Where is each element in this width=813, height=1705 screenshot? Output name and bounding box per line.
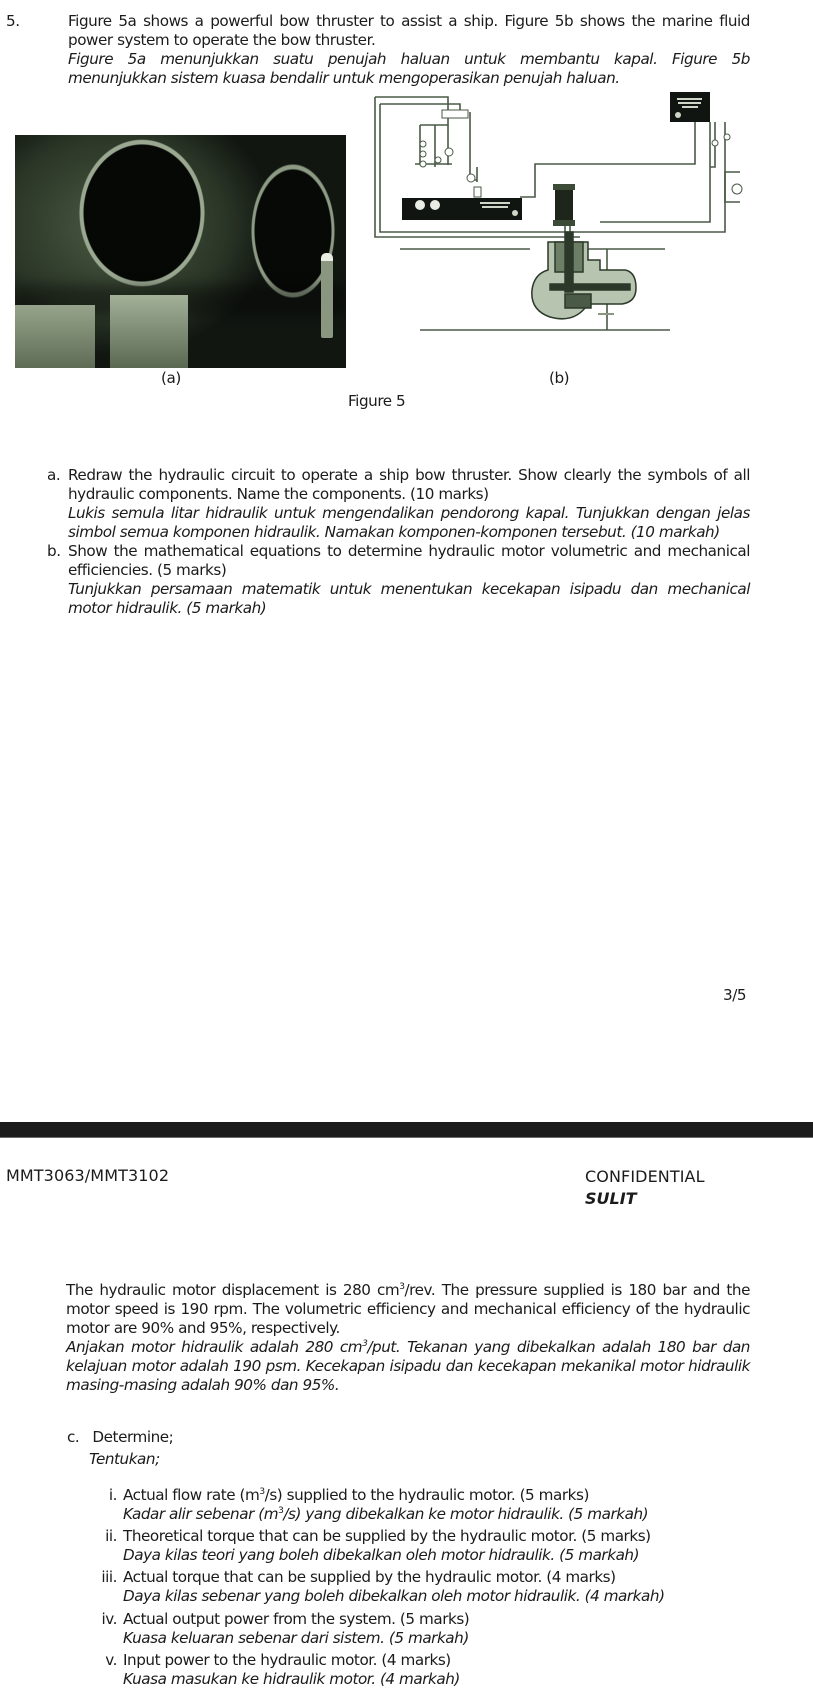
sulit-label: SULIT [585,1189,637,1208]
part-c-en: Determine; [92,1428,173,1446]
part-label: c. [67,1428,79,1446]
given-en: The hydraulic motor displacement is 280 … [66,1281,750,1338]
course-code: MMT3063/MMT3102 [6,1166,169,1185]
photo-worker [321,253,333,338]
sub-item-ii: ii. Theoretical torque that can be suppl… [88,1527,728,1565]
given-data: The hydraulic motor displacement is 280 … [66,1281,750,1395]
part-a-en: Redraw the hydraulic circuit to operate … [68,466,750,504]
part-b: b. Show the mathematical equations to de… [47,542,750,618]
confidential-label: CONFIDENTIAL [585,1167,705,1186]
sub-item-i: i. Actual flow rate (m3/s) supplied to t… [88,1486,728,1524]
parts-ab-list: a. Redraw the hydraulic circuit to opera… [47,466,750,618]
sub-item-ms: Kuasa keluaran sebenar dari sistem. (5 m… [123,1629,469,1648]
sub-item-ms: Daya kilas teori yang boleh dibekalkan o… [123,1546,651,1565]
sub-item-en: Input power to the hydraulic motor. (4 m… [123,1651,460,1670]
figure-label-b: (b) [549,369,569,388]
part-label: b. [47,542,68,618]
page-separator [0,1122,813,1138]
sub-item-en: Actual torque that can be supplied by th… [123,1568,665,1587]
part-label: a. [47,466,68,542]
sub-item-en: Actual flow rate (m3/s) supplied to the … [123,1486,648,1505]
page-number: 3/5 [723,986,746,1005]
sub-item-iii: iii. Actual torque that can be supplied … [88,1568,728,1606]
photo-support-block [15,305,95,368]
figure-5a-bow-thruster-photo [15,135,346,368]
thruster-housing [532,232,636,319]
question-intro-ms: Figure 5a menunjukkan suatu penujah halu… [68,50,750,88]
part-c-sublist: i. Actual flow rate (m3/s) supplied to t… [88,1486,728,1692]
control-panel-right [670,92,710,122]
part-b-en: Show the mathematical equations to deter… [68,542,750,580]
figure-caption: Figure 5 [348,392,405,411]
control-panel-left [402,198,522,220]
sub-item-ms: Daya kilas sebenar yang boleh dibekalkan… [123,1587,665,1606]
sub-item-v: v. Input power to the hydraulic motor. (… [88,1651,728,1689]
part-c-ms: Tentukan; [89,1450,160,1469]
part-a: a. Redraw the hydraulic circuit to opera… [47,466,750,542]
given-ms: Anjakan motor hidraulik adalah 280 cm3/p… [66,1338,750,1395]
figure-5b-hydraulic-diagram [360,92,785,367]
part-a-ms: Lukis semula litar hidraulik untuk menge… [68,504,750,542]
sub-item-iv: iv. Actual output power from the system.… [88,1610,728,1648]
photo-support-block [110,295,188,368]
sub-item-en: Theoretical torque that can be supplied … [123,1527,651,1546]
sub-item-en: Actual output power from the system. (5 … [123,1610,469,1629]
question-number: 5. [6,12,20,31]
sub-item-ms: Kadar alir sebenar (m3/s) yang dibekalka… [123,1505,648,1524]
question-intro: Figure 5a shows a powerful bow thruster … [68,12,750,88]
part-c-heading: c. Determine; [67,1428,173,1447]
question-intro-en: Figure 5a shows a powerful bow thruster … [68,12,750,50]
hydraulic-motor [553,184,575,226]
sub-item-ms: Kuasa masukan ke hidraulik motor. (4 mar… [123,1670,460,1689]
part-b-ms: Tunjukkan persamaan matematik untuk mene… [68,580,750,618]
figure-label-a: (a) [161,369,181,388]
